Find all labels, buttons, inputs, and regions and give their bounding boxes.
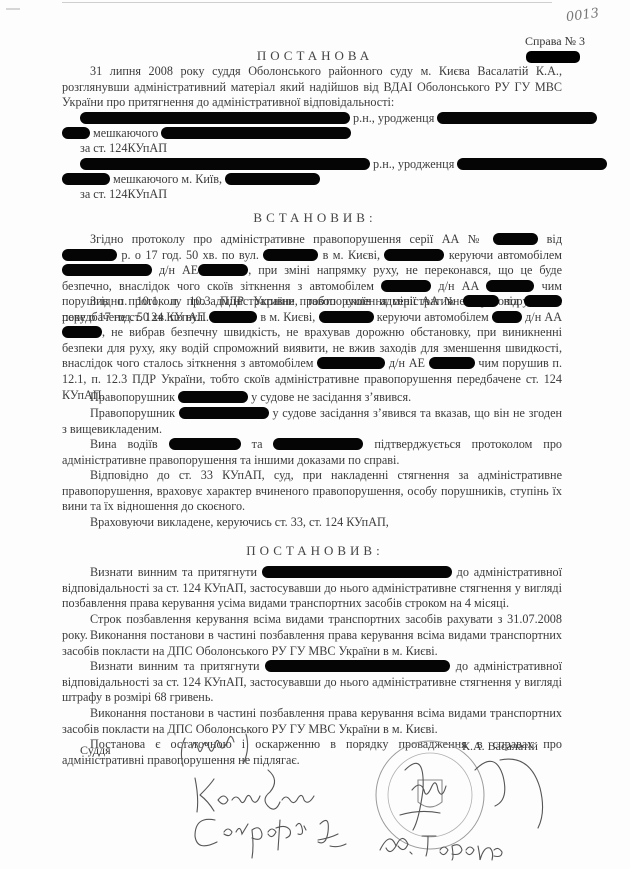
bracket-open (181, 738, 185, 766)
signatures-and-stamp (0, 0, 630, 869)
scanned-court-document: 0013 Справа № 3 ПОСТАНОВА 31 липня 2008 … (0, 0, 630, 869)
bracket-close (244, 734, 248, 762)
